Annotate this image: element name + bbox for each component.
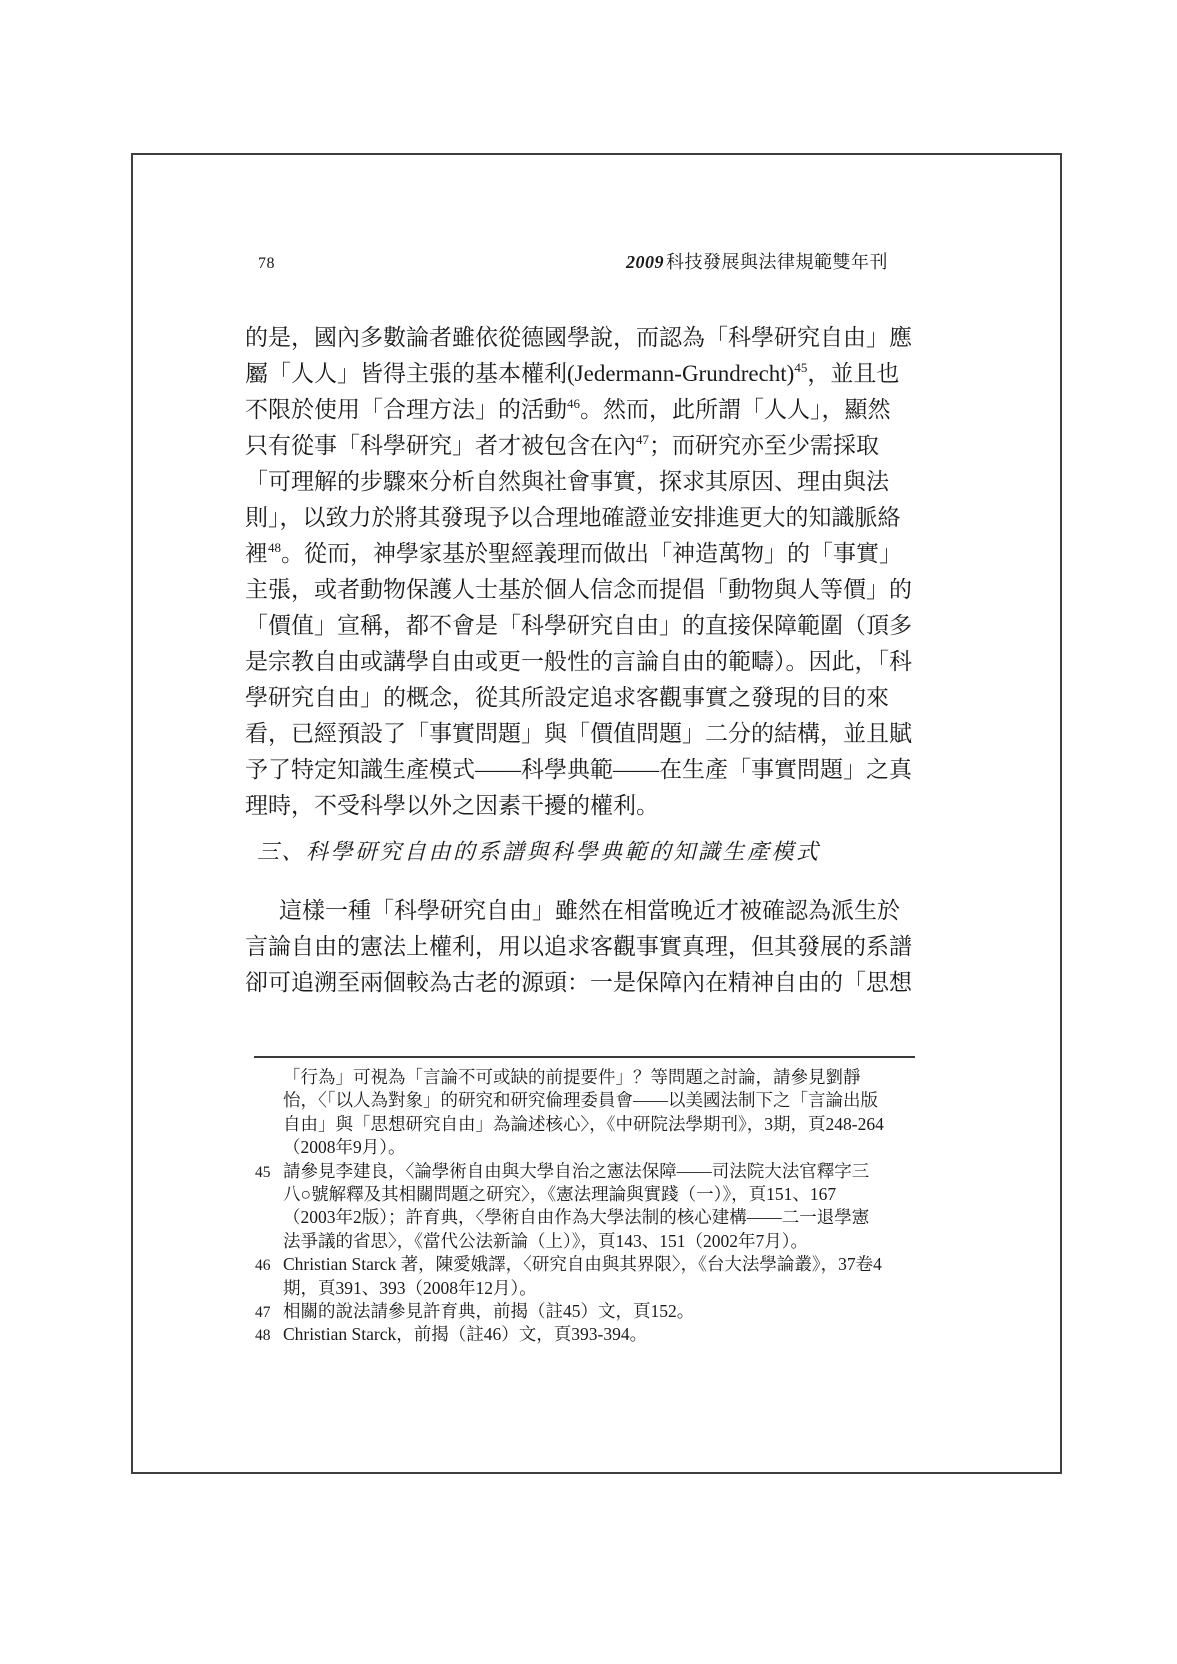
text-run: 言論自由的憲法上權利，用以追求客觀事實真理，但其發展的系譜	[245, 934, 912, 959]
text-line: 的是，國內多數論者雖依從德國學說，而認為「科學研究自由」應	[245, 320, 945, 356]
text-run: 則」，以致力於將其發現予以合理地確證並安排進更大的知識脈絡	[245, 505, 901, 530]
footnote-line: 期，頁391、393（2008年12月）。	[255, 1277, 935, 1300]
footnote-text: 期，頁391、393（2008年12月）。	[283, 1278, 537, 1298]
footnote-line: 八○號解釋及其相關問題之研究〉，《憲法理論與實踐（一）》，頁151、167	[255, 1183, 935, 1206]
page-border: 78 2009科技發展與法律規範雙年刊 的是，國內多數論者雖依從德國學說，而認為…	[131, 153, 1062, 1474]
text-run: 予了特定知識生產模式——科學典範——在生產「事實問題」之真	[245, 757, 912, 782]
text-run: 。然而，此所謂「人人」，顯然	[580, 397, 891, 422]
section-heading: 三、科學研究自由的系譜與科學典範的知識生產模式	[257, 837, 821, 867]
text-run: 裡	[245, 541, 268, 566]
text-line: 這樣一種「科學研究自由」雖然在相當晚近才被確認為派生於	[245, 893, 945, 929]
footnote-number: 45	[255, 1161, 283, 1184]
text-line: 主張，或者動物保護人士基於個人信念而提倡「動物與人等價」的	[245, 572, 945, 608]
text-run: 這樣一種「科學研究自由」雖然在相當晚近才被確認為派生於	[279, 898, 900, 923]
footnote-text: 怡，〈「以人為對象」的研究和研究倫理委員會——以美國法制下之「言論出版	[283, 1090, 878, 1110]
text-run: （2003年2版）；許育典，〈學術自由作為大學法制的核心建構——二一退學憲	[283, 1207, 869, 1227]
text-run: 只有從事「科學研究」者才被包含在內	[245, 433, 636, 458]
footnote-ref: 46	[567, 396, 580, 411]
footnote-text: （2003年2版）；許育典，〈學術自由作為大學法制的核心建構——二一退學憲	[283, 1207, 869, 1227]
text-run: 期，頁391、393（2008年12月）。	[283, 1278, 537, 1298]
text-run: Christian Starck，前揭（註46）文，頁393-394。	[283, 1324, 647, 1344]
document-page: { "page": { "number": "78", "running_hea…	[0, 0, 1177, 1664]
text-run: 理時，不受科學以外之因素干擾的權利。	[245, 793, 659, 818]
text-run: 是宗教自由或講學自由或更一般性的言論自由的範疇）。因此，「科	[245, 649, 912, 674]
text-line: 裡48。從而，神學家基於聖經義理而做出「神造萬物」的「事實」	[245, 536, 945, 572]
text-line: 「價值」宣稱，都不會是「科學研究自由」的直接保障範圍（頂多	[245, 608, 945, 644]
footnote-text: Christian Starck 著，陳愛娥譯，〈研究自由與其界限〉，《台大法學…	[283, 1254, 882, 1274]
text-line: 則」，以致力於將其發現予以合理地確證並安排進更大的知識脈絡	[245, 500, 945, 536]
text-line: 只有從事「科學研究」者才被包含在內47；而研究亦至少需採取	[245, 428, 945, 464]
footnote-ref: 47	[636, 432, 649, 447]
footnotes: 「行為」可視為「言論不可或缺的前提要件」？等問題之討論，請參見劉靜怡，〈「以人為…	[255, 1066, 935, 1347]
text-run: ；而研究亦至少需採取	[649, 433, 879, 458]
text-run: 請參見李建良，〈論學術自由與大學自治之憲法保障——司法院大法官釋字三	[283, 1161, 869, 1181]
footnote-line: （2008年9月）。	[255, 1136, 935, 1159]
footnote-line: （2003年2版）；許育典，〈學術自由作為大學法制的核心建構——二一退學憲	[255, 1206, 935, 1229]
body-paragraph-2: 這樣一種「科學研究自由」雖然在相當晚近才被確認為派生於言論自由的憲法上權利，用以…	[245, 893, 945, 1001]
running-head: 2009科技發展與法律規範雙年刊	[626, 252, 888, 274]
footnote-ref: 45	[794, 360, 807, 375]
footnote-line: 法爭議的省思〉，《當代公法新論（上）》，頁143、151（2002年7月）。	[255, 1230, 935, 1253]
text-line: 屬「人人」皆得主張的基本權利(Jedermann-Grundrecht)45，並…	[245, 356, 945, 392]
footnote-text: Christian Starck，前揭（註46）文，頁393-394。	[283, 1324, 647, 1344]
footnote-number: 48	[255, 1324, 283, 1347]
body-paragraph-1: 的是，國內多數論者雖依從德國學說，而認為「科學研究自由」應屬「人人」皆得主張的基…	[245, 320, 945, 824]
text-run: 怡，〈「以人為對象」的研究和研究倫理委員會——以美國法制下之「言論出版	[283, 1090, 878, 1110]
footnote-text: 八○號解釋及其相關問題之研究〉，《憲法理論與實踐（一）》，頁151、167	[283, 1184, 836, 1204]
footnote-line: 45請參見李建良，〈論學術自由與大學自治之憲法保障——司法院大法官釋字三	[255, 1160, 935, 1183]
text-line: 理時，不受科學以外之因素干擾的權利。	[245, 788, 945, 824]
text-run: 法爭議的省思〉，《當代公法新論（上）》，頁143、151（2002年7月）。	[283, 1231, 808, 1251]
text-run: 「價值」宣稱，都不會是「科學研究自由」的直接保障範圍（頂多	[245, 613, 912, 638]
text-run: 自由」與「思想研究自由」為論述核心〉，《中研院法學期刊》，3期，頁248-264	[283, 1114, 884, 1134]
footnote-separator	[254, 1056, 915, 1058]
running-head-year: 2009	[626, 252, 664, 272]
text-run: 不限於使用「合理方法」的活動	[245, 397, 567, 422]
text-run: 「行為」可視為「言論不可或缺的前提要件」？等問題之討論，請參見劉靜	[283, 1067, 861, 1087]
footnote-text: 法爭議的省思〉，《當代公法新論（上）》，頁143、151（2002年7月）。	[283, 1231, 808, 1251]
text-run: 卻可追溯至兩個較為古老的源頭：一是保障內在精神自由的「思想	[245, 970, 912, 995]
text-run: 。從而，神學家基於聖經義理而做出「神造萬物」的「事實」	[281, 541, 902, 566]
footnote-text: 「行為」可視為「言論不可或缺的前提要件」？等問題之討論，請參見劉靜	[283, 1067, 861, 1087]
text-run: 相關的說法請參見許育典，前揭（註45）文，頁152。	[283, 1301, 694, 1321]
running-head-title: 科技發展與法律規範雙年刊	[666, 252, 888, 272]
footnote-text: 自由」與「思想研究自由」為論述核心〉，《中研院法學期刊》，3期，頁248-264	[283, 1114, 884, 1134]
footnote-number: 46	[255, 1254, 283, 1277]
text-run: 屬「人人」皆得主張的基本權利(Jedermann-Grundrecht)	[245, 361, 794, 386]
footnote-line: 48Christian Starck，前揭（註46）文，頁393-394。	[255, 1323, 935, 1346]
text-line: 卻可追溯至兩個較為古老的源頭：一是保障內在精神自由的「思想	[245, 965, 945, 1001]
text-run: 主張，或者動物保護人士基於個人信念而提倡「動物與人等價」的	[245, 577, 912, 602]
footnote-ref: 48	[268, 540, 281, 555]
text-line: 「可理解的步驟來分析自然與社會事實，探求其原因、理由與法	[245, 464, 945, 500]
footnote-number: 47	[255, 1301, 283, 1324]
footnote-line: 怡，〈「以人為對象」的研究和研究倫理委員會——以美國法制下之「言論出版	[255, 1089, 935, 1112]
text-run: 「可理解的步驟來分析自然與社會事實，探求其原因、理由與法	[245, 469, 889, 494]
footnote-line: 自由」與「思想研究自由」為論述核心〉，《中研院法學期刊》，3期，頁248-264	[255, 1113, 935, 1136]
text-line: 看，已經預設了「事實問題」與「價值問題」二分的結構，並且賦	[245, 716, 945, 752]
footnote-text: 請參見李建良，〈論學術自由與大學自治之憲法保障——司法院大法官釋字三	[283, 1161, 869, 1181]
text-line: 言論自由的憲法上權利，用以追求客觀事實真理，但其發展的系譜	[245, 929, 945, 965]
text-line: 學研究自由」的概念，從其所設定追求客觀事實之發現的目的來	[245, 680, 945, 716]
text-line: 不限於使用「合理方法」的活動46。然而，此所謂「人人」，顯然	[245, 392, 945, 428]
footnote-text: （2008年9月）。	[283, 1137, 406, 1157]
page-number: 78	[258, 256, 275, 272]
text-line: 是宗教自由或講學自由或更一般性的言論自由的範疇）。因此，「科	[245, 644, 945, 680]
footnote-text: 相關的說法請參見許育典，前揭（註45）文，頁152。	[283, 1301, 694, 1321]
text-line: 予了特定知識生產模式——科學典範——在生產「事實問題」之真	[245, 752, 945, 788]
text-run: 八○號解釋及其相關問題之研究〉，《憲法理論與實踐（一）》，頁151、167	[283, 1184, 836, 1204]
text-run: 學研究自由」的概念，從其所設定追求客觀事實之發現的目的來	[245, 685, 889, 710]
footnote-line: 47相關的說法請參見許育典，前揭（註45）文，頁152。	[255, 1300, 935, 1323]
text-run: Christian Starck 著，陳愛娥譯，〈研究自由與其界限〉，《台大法學…	[283, 1254, 882, 1274]
text-run: 的是，國內多數論者雖依從德國學說，而認為「科學研究自由」應	[245, 325, 912, 350]
footnote-line: 「行為」可視為「言論不可或缺的前提要件」？等問題之討論，請參見劉靜	[255, 1066, 935, 1089]
text-run: ，並且也	[807, 361, 899, 386]
footnote-line: 46Christian Starck 著，陳愛娥譯，〈研究自由與其界限〉，《台大…	[255, 1253, 935, 1276]
text-run: 看，已經預設了「事實問題」與「價值問題」二分的結構，並且賦	[245, 721, 912, 746]
text-run: （2008年9月）。	[283, 1137, 406, 1157]
